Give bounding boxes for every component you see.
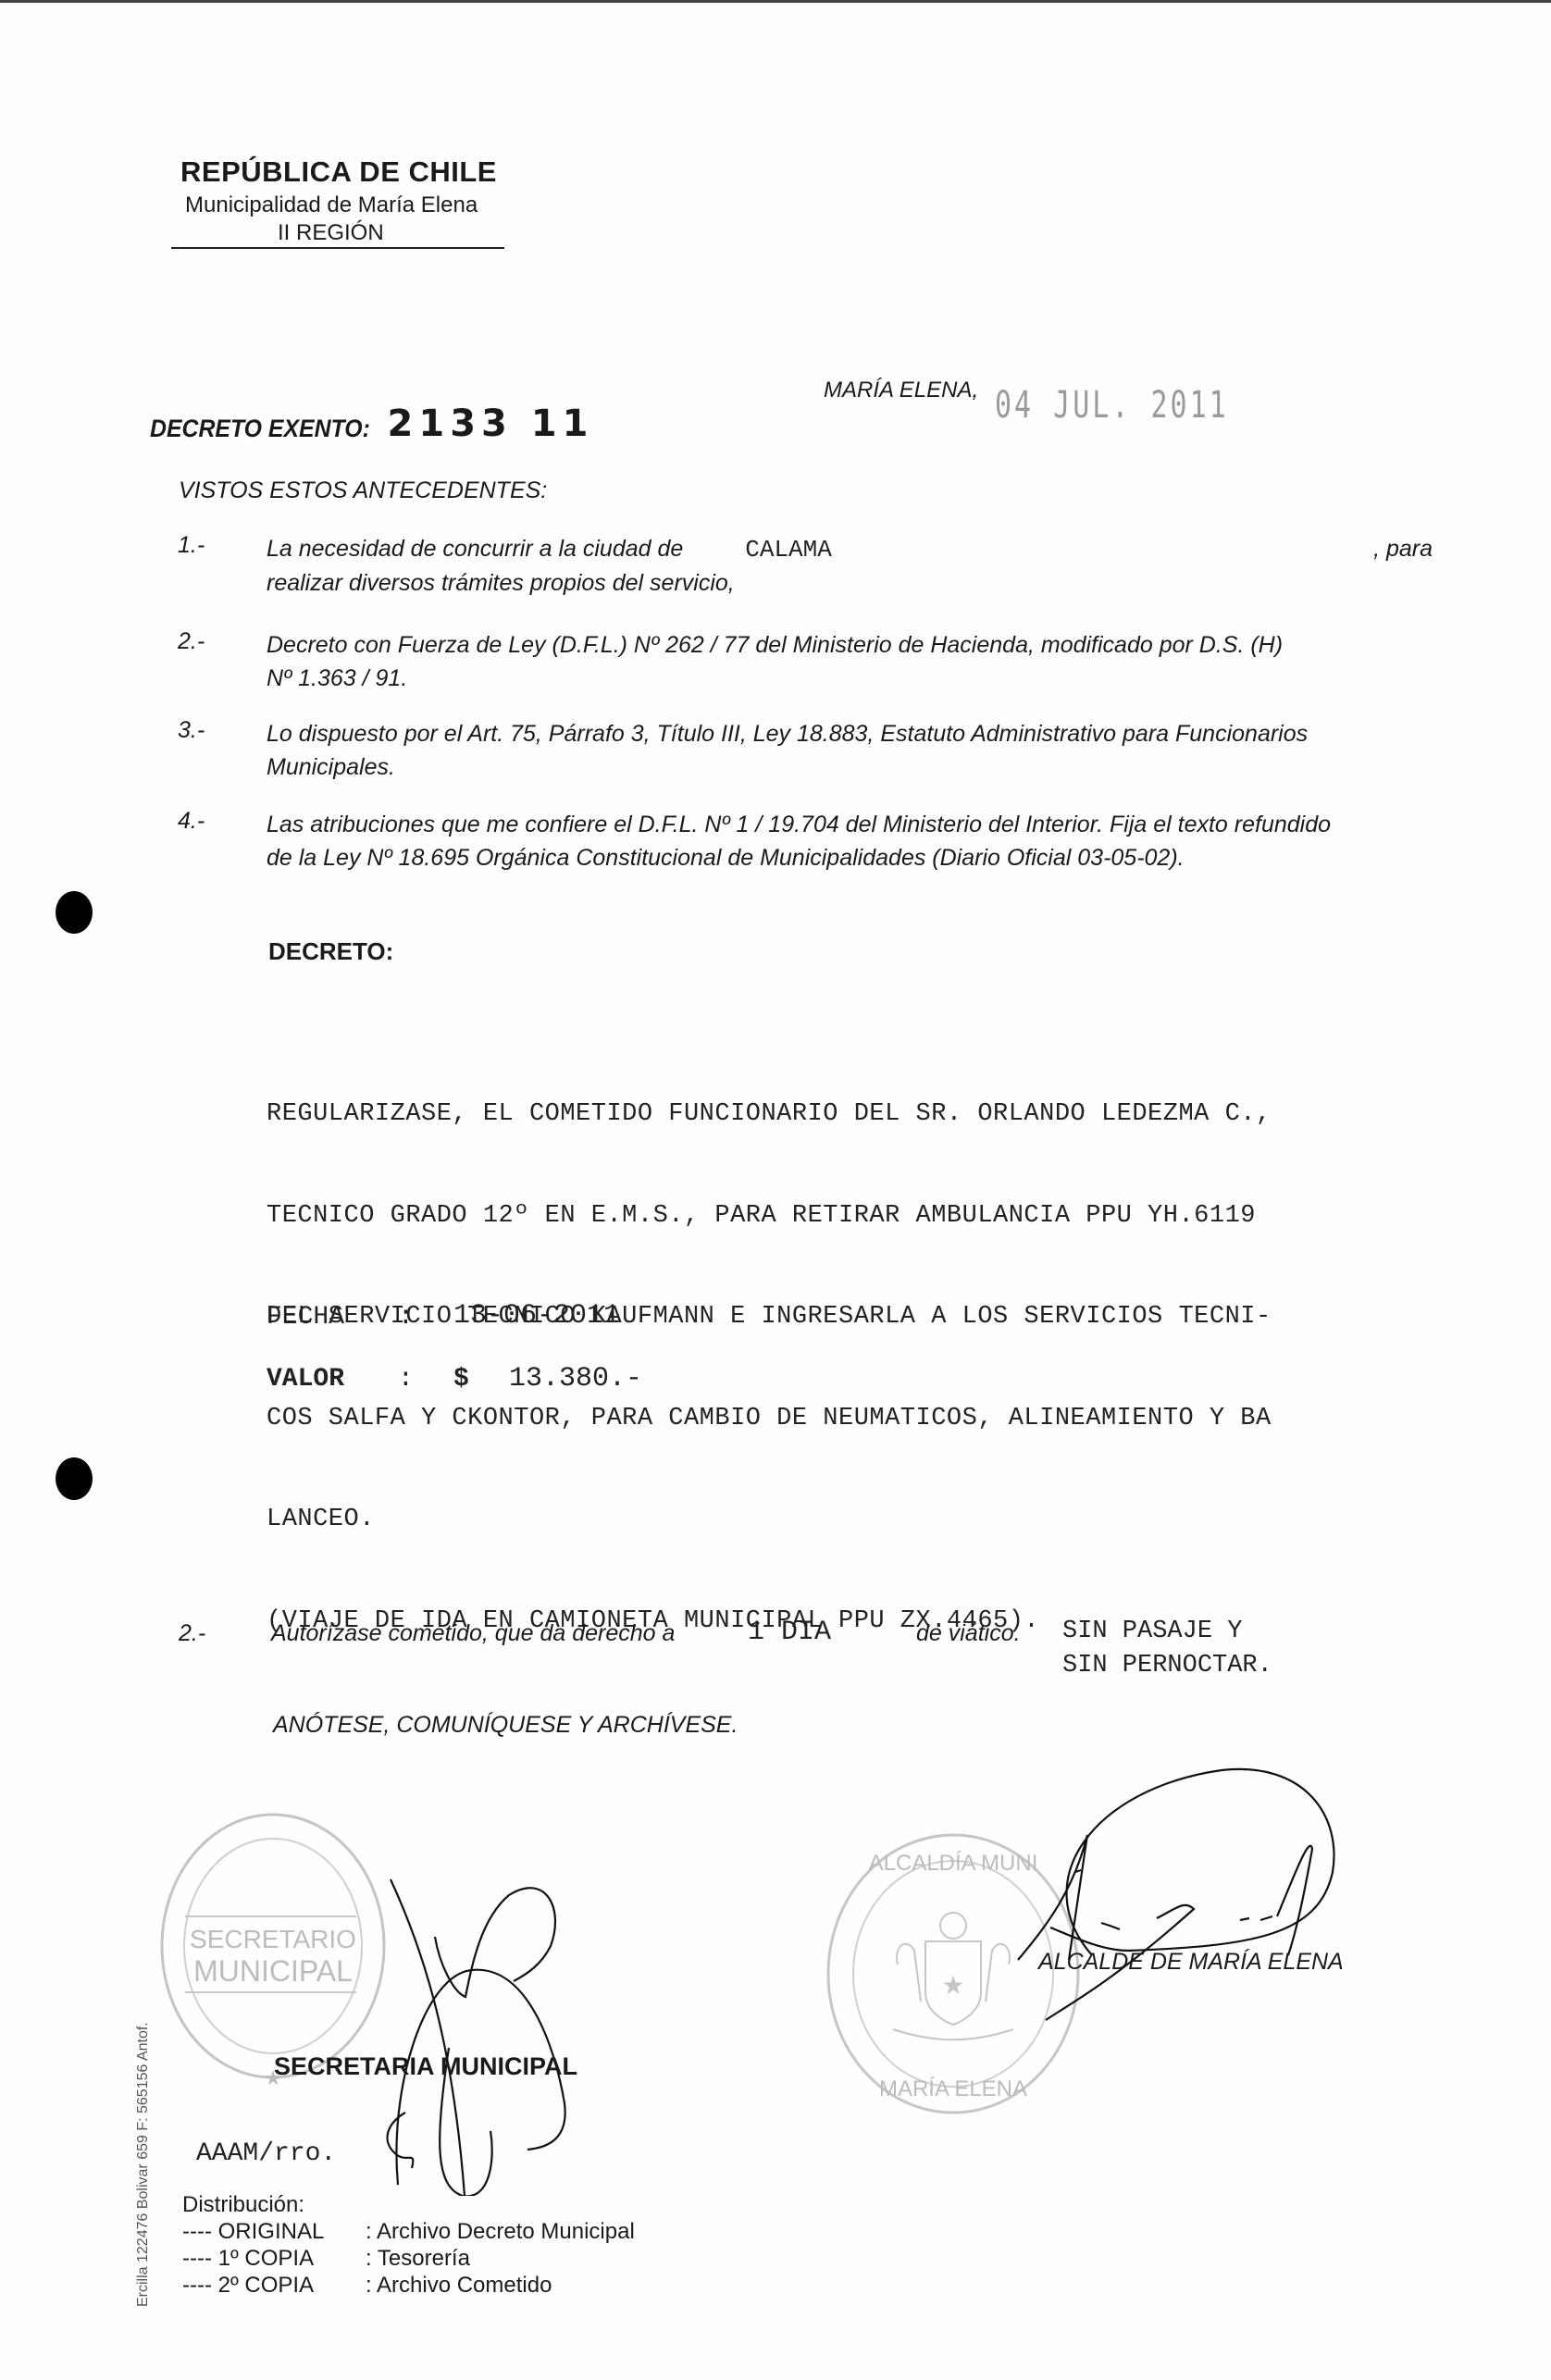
distribution-copy-1: ---- ORIGINAL bbox=[182, 2219, 324, 2245]
vistos-item-2-line2: Nº 1.363 / 91. bbox=[267, 665, 407, 691]
punch-hole-upper bbox=[56, 891, 93, 934]
date-stamp: 04 JUL. 2011 bbox=[995, 384, 1229, 427]
closing-formula: ANÓTESE, COMUNÍQUESE Y ARCHÍVESE. bbox=[273, 1712, 738, 1739]
vistos-item-1-post: , para bbox=[1373, 532, 1433, 565]
decreto-body-line: REGULARIZASE, EL COMETIDO FUNCIONARIO DE… bbox=[267, 1097, 1488, 1132]
secretaria-label: SECRETARIA MUNICIPAL bbox=[274, 2052, 577, 2081]
header-municipality: Municipalidad de María Elena bbox=[185, 192, 478, 218]
valor-value: 13.380.- bbox=[509, 1363, 642, 1395]
section2-text: Autorízase cometido, que da derecho a bbox=[271, 1620, 675, 1647]
distribution-dest-2: : Tesorería bbox=[366, 2246, 470, 2272]
distribution-heading: Distribución: bbox=[182, 2192, 304, 2218]
vistos-item-1-pre: La necesidad de concurrir a la ciudad de bbox=[267, 536, 683, 562]
decreto-body-line: TECNICO GRADO 12º EN E.M.S., PARA RETIRA… bbox=[267, 1199, 1488, 1233]
decreto-body-line: COS SALFA Y CKONTOR, PARA CAMBIO DE NEUM… bbox=[267, 1402, 1488, 1436]
section2-days: 1 DIA bbox=[748, 1617, 831, 1648]
distribution-dest-1: : Archivo Decreto Municipal bbox=[366, 2219, 635, 2245]
vistos-item-2-num: 2.- bbox=[178, 628, 205, 655]
valor-label: VALOR bbox=[267, 1365, 344, 1394]
fecha-colon: : bbox=[398, 1303, 414, 1332]
decree-place: MARÍA ELENA, bbox=[824, 378, 978, 403]
distribution-copy-2: ---- 1º COPIA bbox=[182, 2246, 314, 2272]
vistos-item-3: Lo dispuesto por el Art. 75, Párrafo 3, … bbox=[267, 717, 1433, 784]
decree-document-page: REPÚBLICA DE CHILE Municipalidad de Marí… bbox=[0, 0, 1551, 2380]
secretaria-seal-and-signature: SECRETARIO MUNICIPAL ★ bbox=[157, 1807, 620, 2196]
alcalde-signature bbox=[1018, 1769, 1334, 2020]
header-region: II REGIÓN bbox=[278, 220, 384, 246]
vistos-item-3-num: 3.- bbox=[178, 717, 205, 744]
section2-note: SIN PASAJE Y SIN PERNOCTAR. bbox=[1062, 1615, 1272, 1683]
header-underline bbox=[171, 247, 504, 249]
section2-viatico: de viático. bbox=[916, 1620, 1021, 1647]
fecha-value: 13-06-2011 bbox=[453, 1300, 620, 1332]
section2-num: 2.- bbox=[179, 1620, 205, 1647]
vistos-item-4-line2: de la Ley Nº 18.695 Orgánica Constitucio… bbox=[267, 845, 1185, 871]
vistos-item-4-line1: Las atribuciones que me confiere el D.F.… bbox=[267, 812, 1331, 837]
vistos-item-3-line1: Lo dispuesto por el Art. 75, Párrafo 3, … bbox=[267, 721, 1308, 747]
seal-line-2: MUNICIPAL bbox=[193, 1954, 353, 1988]
vistos-item-1-line2: realizar diversos trámites propios del s… bbox=[267, 570, 735, 596]
valor-colon: : bbox=[398, 1365, 414, 1394]
vistos-item-2: Decreto con Fuerza de Ley (D.F.L.) Nº 26… bbox=[267, 628, 1433, 695]
distribution-dest-3: : Archivo Cometido bbox=[366, 2273, 552, 2299]
header-country: REPÚBLICA DE CHILE bbox=[180, 155, 497, 189]
decreto-heading: DECRETO: bbox=[268, 937, 393, 966]
vistos-item-4: Las atribuciones que me confiere el D.F.… bbox=[267, 808, 1433, 874]
svg-text:★: ★ bbox=[941, 1971, 964, 2000]
decreto-body: REGULARIZASE, EL COMETIDO FUNCIONARIO DE… bbox=[267, 1030, 1488, 1705]
distribution-copy-3: ---- 2º COPIA bbox=[182, 2273, 314, 2299]
alcalde-label: ALCALDE DE MARÍA ELENA bbox=[1038, 1949, 1344, 1976]
secretaria-seal: SECRETARIO MUNICIPAL ★ bbox=[162, 1815, 384, 2089]
fecha-label: FECHA bbox=[267, 1303, 344, 1332]
coat-of-arms-icon: ★ bbox=[893, 1913, 1013, 2039]
typist-initials: AAAM/rro. bbox=[196, 2139, 336, 2168]
punch-hole-lower bbox=[56, 1457, 93, 1500]
decreto-body-line: LANCEO. bbox=[267, 1503, 1488, 1537]
vistos-item-1-num: 1.- bbox=[178, 532, 205, 559]
vistos-item-4-num: 4.- bbox=[178, 808, 205, 835]
vistos-item-2-line1: Decreto con Fuerza de Ley (D.F.L.) Nº 26… bbox=[267, 632, 1283, 658]
alcaldia-seal-ring-top: ALCALDÍA MUNI bbox=[869, 1851, 1038, 1876]
alcaldia-seal-ring-bottom: MARÍA ELENA bbox=[879, 2076, 1027, 2101]
vistos-heading: VISTOS ESTOS ANTECEDENTES: bbox=[179, 477, 547, 504]
seal-line-1: SECRETARIO bbox=[190, 1925, 356, 1953]
vistos-item-1-city: CALAMA bbox=[745, 536, 832, 564]
printer-imprint: Ercilla 122476 Bolivar 659 F: 565156 Ant… bbox=[135, 2022, 152, 2307]
vistos-item-3-line2: Municipales. bbox=[267, 754, 395, 780]
decree-number: 2133 11 bbox=[250, 403, 731, 445]
valor-currency: $ bbox=[453, 1365, 469, 1394]
decreto-body-line: DEL SERVICIO TECNICO KAUFMANN E INGRESAR… bbox=[267, 1300, 1488, 1334]
secretaria-signature bbox=[388, 1879, 565, 2196]
vistos-item-1: La necesidad de concurrir a la ciudad de… bbox=[267, 532, 1433, 600]
